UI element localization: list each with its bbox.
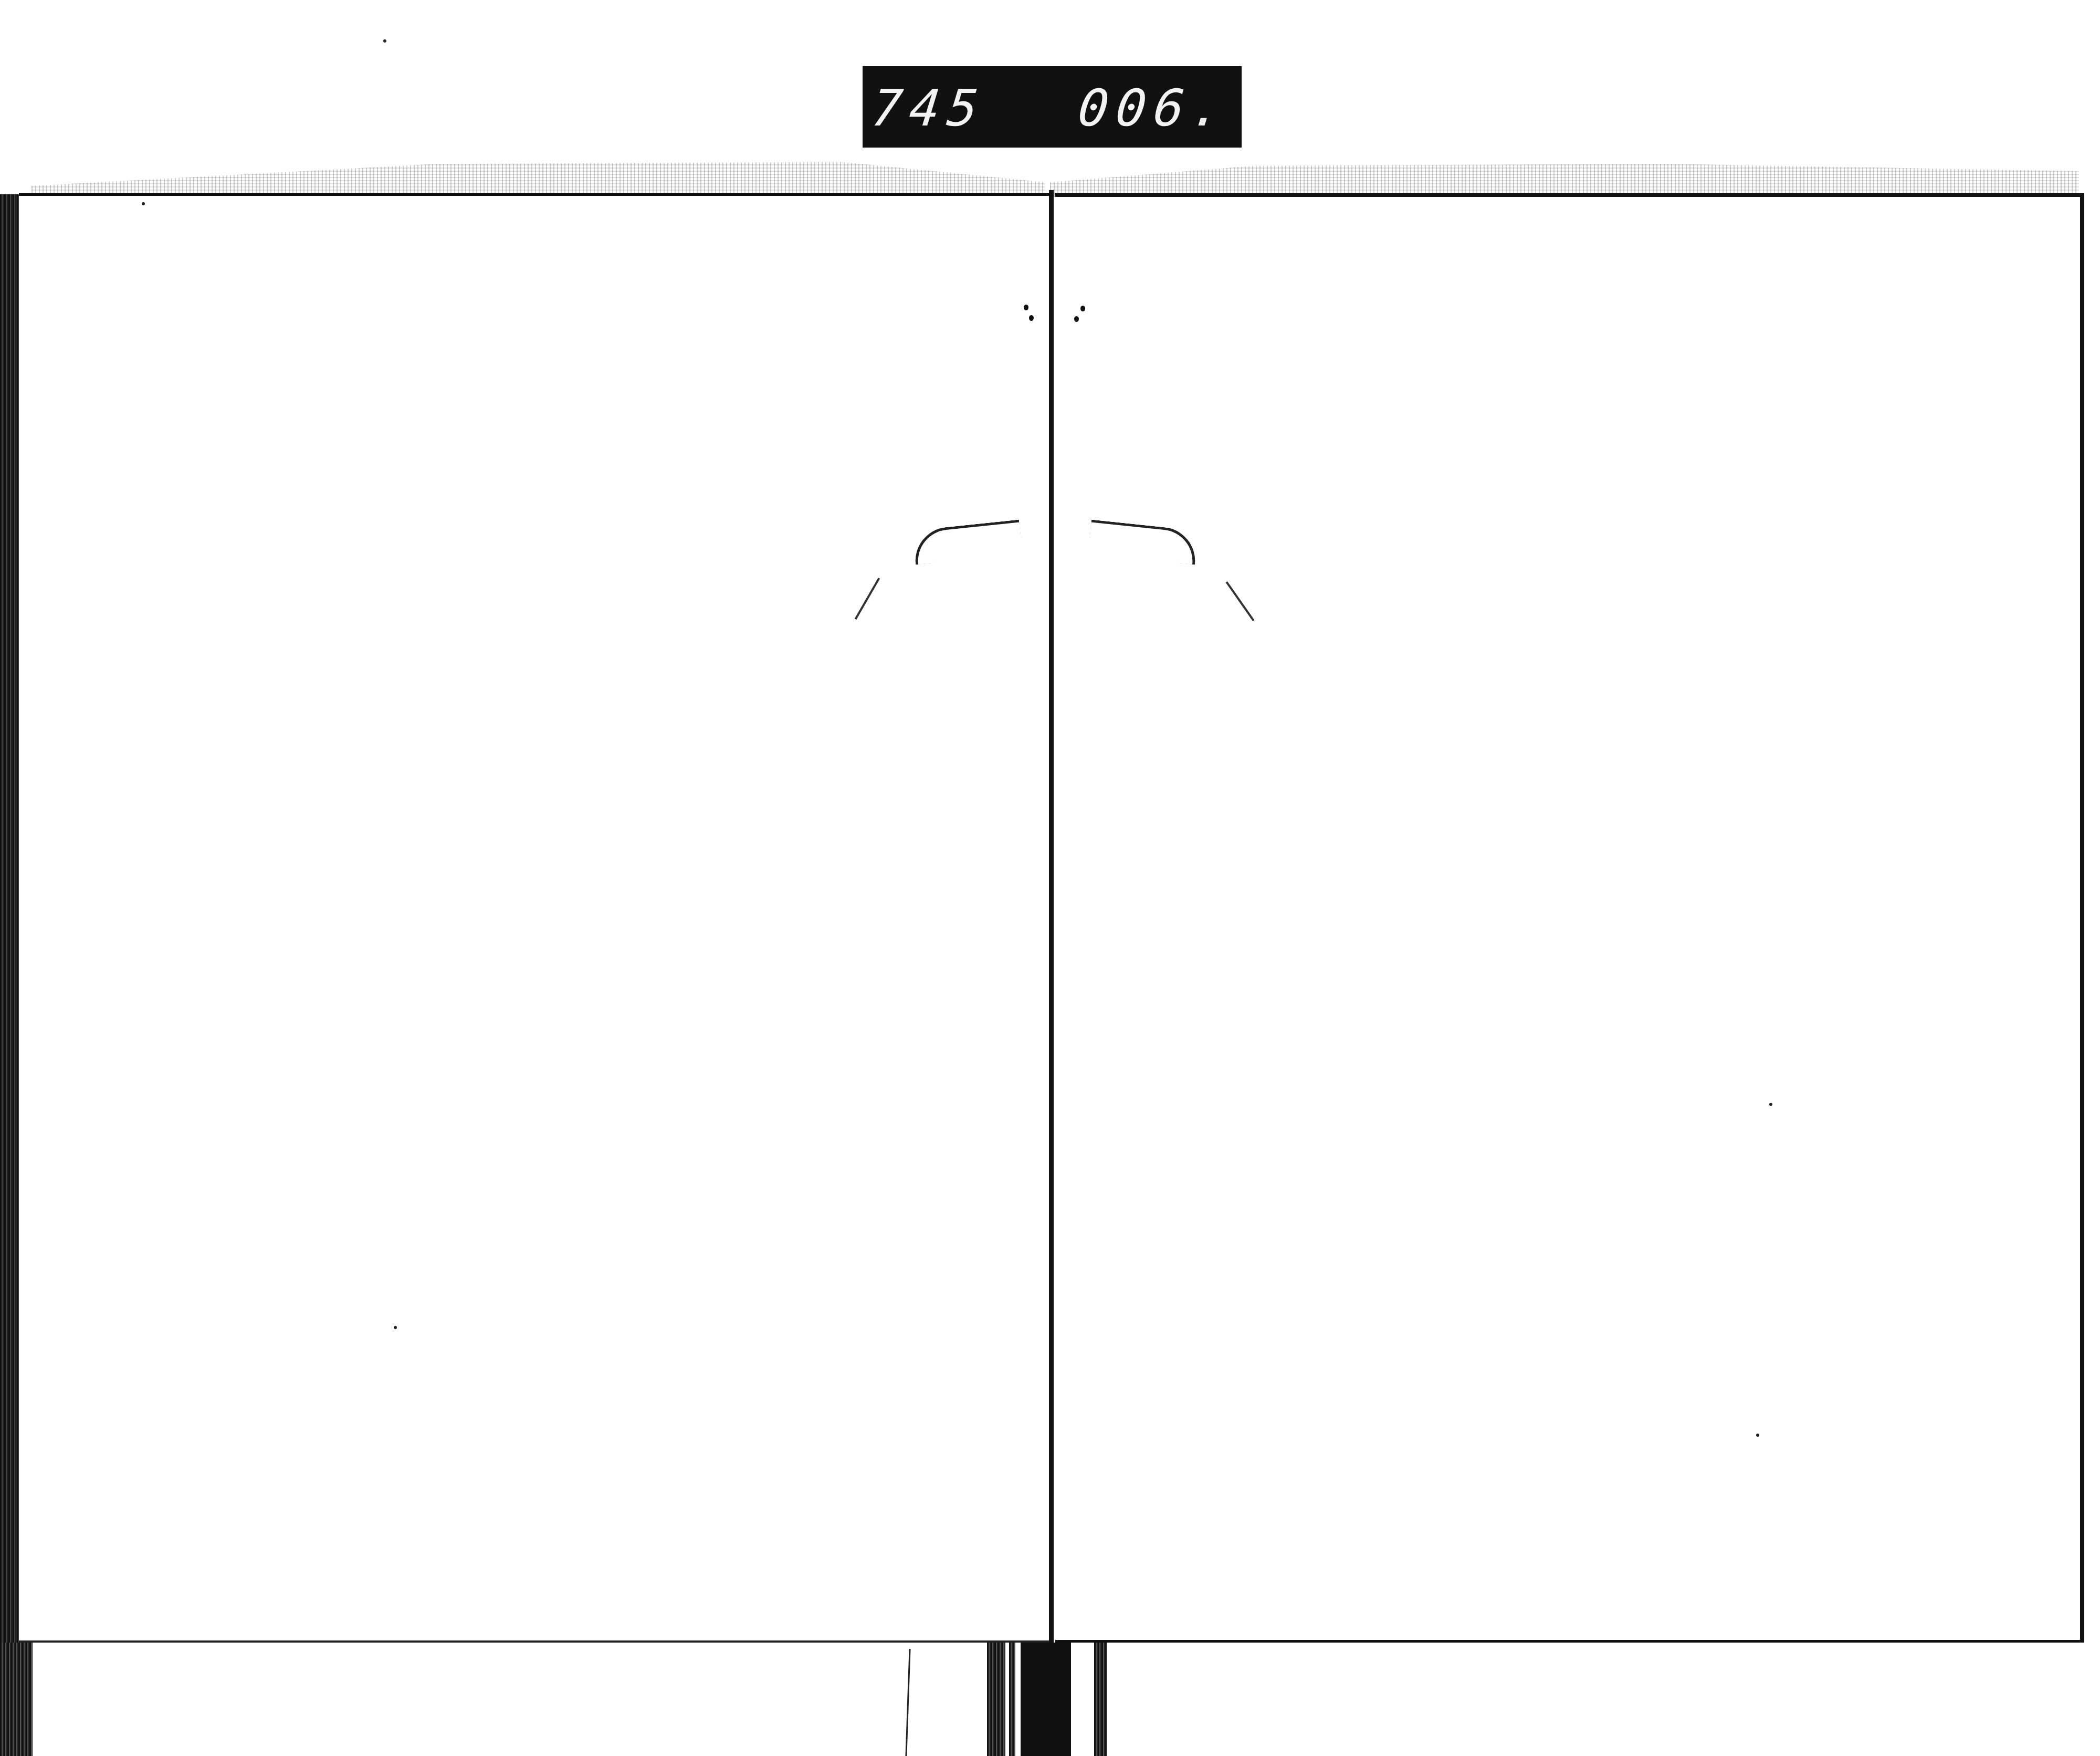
page-stack-edge-right xyxy=(1050,160,2079,197)
counter-right-value: 006. xyxy=(1075,79,1232,138)
scan-line-artifact xyxy=(905,1649,910,1756)
spine-block xyxy=(1021,1643,1071,1756)
gutter-dot xyxy=(1080,306,1085,311)
counter-left-value: 745 xyxy=(869,79,988,138)
scan-speck xyxy=(394,1326,397,1329)
right-page xyxy=(1055,193,2084,1643)
scan-speck xyxy=(1769,1103,1772,1106)
spine-strip xyxy=(1094,1643,1107,1756)
spine-strip xyxy=(987,1643,1005,1756)
book-gutter xyxy=(1049,190,1054,1645)
scan-speck xyxy=(142,202,145,205)
scan-speck xyxy=(383,39,386,43)
gutter-dot xyxy=(1024,305,1028,310)
gutter-dot xyxy=(1029,315,1034,321)
spine-strip xyxy=(1009,1643,1015,1756)
scan-area: 745 006. xyxy=(0,0,2100,1756)
page-stack-edge-left xyxy=(31,160,1045,197)
scan-speck xyxy=(1756,1434,1759,1437)
frame-counter-display: 745 006. xyxy=(863,66,1242,148)
page-stack-bottom-left xyxy=(0,1643,33,1756)
left-page xyxy=(19,193,1051,1643)
gutter-dot xyxy=(1074,316,1079,322)
